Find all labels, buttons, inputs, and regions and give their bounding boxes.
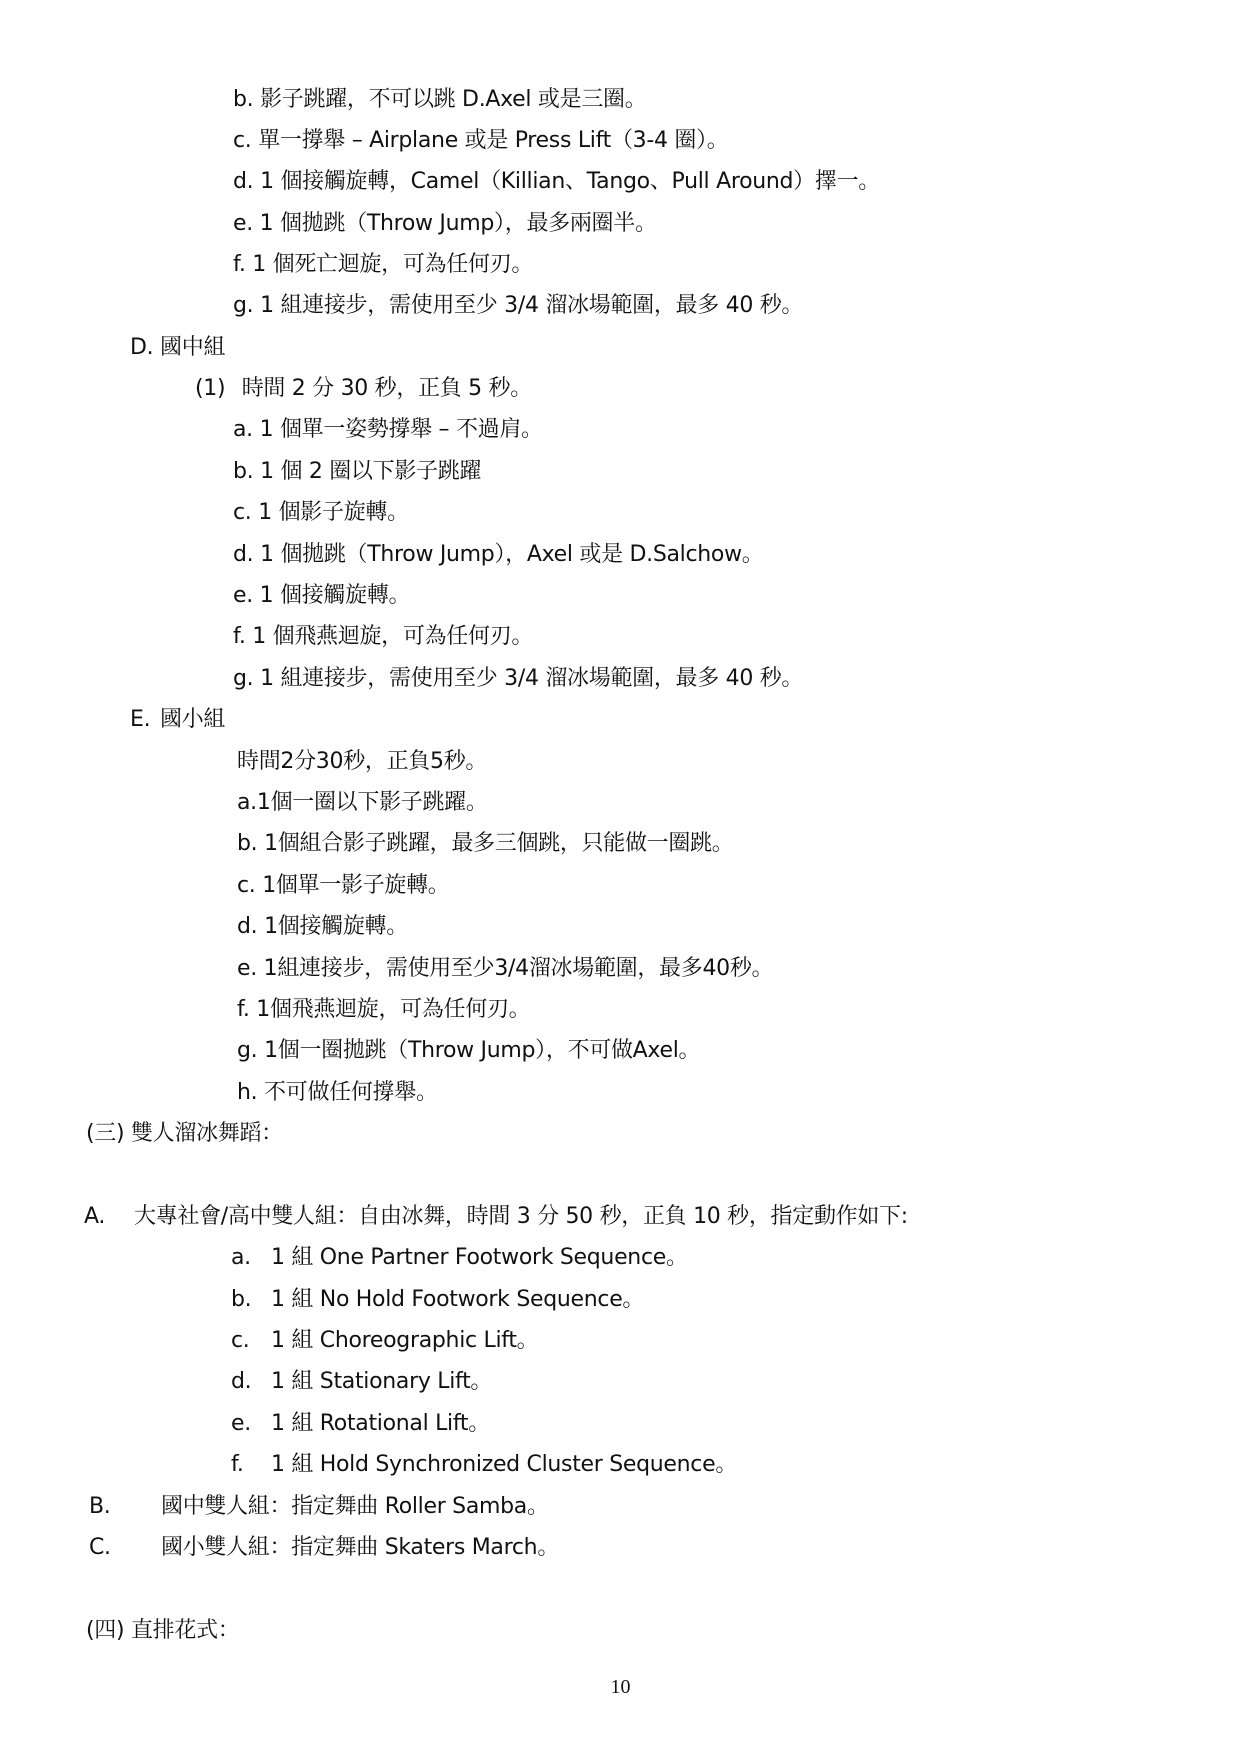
group-item: B.國中雙人組：指定舞曲 Roller Samba。 — [89, 1493, 549, 1521]
item-label: b. — [231, 1286, 271, 1314]
item-label: g. — [233, 665, 253, 693]
item-text: 1個接觸旋轉。 — [264, 914, 408, 939]
item-text: 不可做任何撐舉。 — [264, 1080, 438, 1105]
section-label: E. — [130, 706, 160, 734]
item-label: d. — [233, 541, 253, 569]
list-item: b. 1 個 2 圈以下影子跳躍 — [233, 458, 481, 486]
item-text: 1 個飛燕迴旋，可為任何刃。 — [252, 624, 533, 649]
time-rule: (1) 時間 2 分 30 秒，正負 5 秒。 — [195, 375, 532, 403]
item-text: 1 組 Stationary Lift。 — [271, 1369, 492, 1394]
list-item: a.1 組 One Partner Footwork Sequence。 — [231, 1244, 688, 1272]
group-label: A. — [84, 1203, 134, 1231]
part-title: 雙人溜冰舞蹈： — [131, 1121, 283, 1146]
item-label: a. — [237, 789, 257, 817]
list-item: e. 1組連接步，需使用至少3/4溜冰場範圍，最多40秒。 — [237, 955, 773, 983]
part-title: 直排花式： — [131, 1618, 240, 1643]
item-text: 1個飛燕迴旋，可為任何刃。 — [256, 997, 530, 1022]
list-item: e. 1 個拋跳（Throw Jump），最多兩圈半。 — [233, 210, 657, 238]
list-item: d.1 組 Stationary Lift。 — [231, 1368, 492, 1396]
group-text: 國小雙人組：指定舞曲 Skaters March。 — [161, 1535, 559, 1560]
section-title: 國中組 — [160, 335, 225, 360]
group-label: B. — [89, 1493, 161, 1521]
item-label: c. — [237, 872, 256, 900]
item-text: 1個一圈拋跳（Throw Jump），不可做Axel。 — [264, 1038, 700, 1063]
section-heading: D. 國中組 — [130, 334, 225, 362]
item-text: 單一撐舉 – Airplane 或是 Press Lift（3-4 圈）。 — [258, 128, 728, 153]
list-item: c.1 組 Choreographic Lift。 — [231, 1327, 538, 1355]
section-title: 國小組 — [160, 707, 225, 732]
item-label: e. — [231, 1410, 271, 1438]
item-text: 1 個死亡迴旋，可為任何刃。 — [252, 252, 533, 277]
list-item: h. 不可做任何撐舉。 — [237, 1079, 438, 1107]
part-label: (四) — [86, 1617, 124, 1645]
item-text: 1 個 2 圈以下影子跳躍 — [260, 459, 481, 484]
item-label: f. — [237, 996, 250, 1024]
time-rule: 時間2分30秒，正負5秒。 — [237, 748, 487, 776]
list-item: a.1個一圈以下影子跳躍。 — [237, 789, 488, 817]
group-item: A.大專社會/高中雙人組：自由冰舞，時間 3 分 50 秒，正負 10 秒，指定… — [84, 1203, 908, 1231]
page-number: 10 — [0, 1676, 1241, 1699]
item-text: 1 組 One Partner Footwork Sequence。 — [271, 1245, 688, 1270]
section-heading: E.國小組 — [130, 706, 225, 734]
part-heading: (四) 直排花式： — [86, 1617, 240, 1645]
group-text: 國中雙人組：指定舞曲 Roller Samba。 — [161, 1494, 549, 1519]
item-text: 1 個拋跳（Throw Jump），Axel 或是 D.Salchow。 — [260, 542, 763, 567]
item-text: 1組連接步，需使用至少3/4溜冰場範圍，最多40秒。 — [264, 956, 774, 981]
item-text: 1 組 No Hold Footwork Sequence。 — [271, 1287, 644, 1312]
item-text: 1 組 Rotational Lift。 — [271, 1411, 490, 1436]
item-label: e. — [233, 582, 253, 610]
item-text: 1 個單一姿勢撐舉 – 不過肩。 — [260, 417, 543, 442]
item-text: 時間 2 分 30 秒，正負 5 秒。 — [242, 376, 532, 401]
item-label: f. — [231, 1451, 271, 1479]
list-item: d. 1 個接觸旋轉，Camel（Killian、Tango、Pull Arou… — [233, 168, 880, 196]
item-label: g. — [237, 1037, 257, 1065]
item-text: 1 組 Choreographic Lift。 — [271, 1328, 538, 1353]
item-label: a. — [233, 416, 253, 444]
section-label: D. — [130, 334, 153, 362]
list-item: c. 單一撐舉 – Airplane 或是 Press Lift（3-4 圈）。 — [233, 127, 729, 155]
item-label: d. — [233, 168, 253, 196]
item-label: c. — [231, 1327, 271, 1355]
item-label: c. — [233, 499, 252, 527]
item-label: f. — [233, 251, 246, 279]
list-item: f. 1 個死亡迴旋，可為任何刃。 — [233, 251, 533, 279]
group-text: 大專社會/高中雙人組：自由冰舞，時間 3 分 50 秒，正負 10 秒，指定動作… — [134, 1204, 908, 1229]
group-item: C.國小雙人組：指定舞曲 Skaters March。 — [89, 1534, 559, 1562]
list-item: f. 1個飛燕迴旋，可為任何刃。 — [237, 996, 530, 1024]
list-item: c. 1 個影子旋轉。 — [233, 499, 409, 527]
item-label: d. — [237, 913, 257, 941]
list-item: d. 1 個拋跳（Throw Jump），Axel 或是 D.Salchow。 — [233, 541, 763, 569]
list-item: g. 1 組連接步，需使用至少 3/4 溜冰場範圍，最多 40 秒。 — [233, 292, 803, 320]
item-text: 影子跳躍，不可以跳 D.Axel 或是三圈。 — [260, 87, 646, 112]
item-text: 時間2分30秒，正負5秒。 — [237, 749, 487, 774]
item-label: b. — [237, 830, 257, 858]
item-label: e. — [233, 210, 253, 238]
list-item: d. 1個接觸旋轉。 — [237, 913, 408, 941]
item-label: g. — [233, 292, 253, 320]
item-text: 1 組連接步，需使用至少 3/4 溜冰場範圍，最多 40 秒。 — [260, 293, 803, 318]
list-item: b. 影子跳躍，不可以跳 D.Axel 或是三圈。 — [233, 86, 646, 114]
item-label: h. — [237, 1079, 257, 1107]
item-label: b. — [233, 86, 253, 114]
list-item: c. 1個單一影子旋轉。 — [237, 872, 450, 900]
item-text: 1 個拋跳（Throw Jump），最多兩圈半。 — [260, 211, 657, 236]
item-text: 1 組連接步，需使用至少 3/4 溜冰場範圍，最多 40 秒。 — [260, 666, 803, 691]
item-label: e. — [237, 955, 257, 983]
item-label: a. — [231, 1244, 271, 1272]
list-item: g. 1 組連接步，需使用至少 3/4 溜冰場範圍，最多 40 秒。 — [233, 665, 803, 693]
part-heading: (三) 雙人溜冰舞蹈： — [86, 1120, 283, 1148]
item-label: (1) — [195, 375, 235, 403]
list-item: b.1 組 No Hold Footwork Sequence。 — [231, 1286, 644, 1314]
item-text: 1 個接觸旋轉。 — [260, 583, 411, 608]
list-item: e. 1 個接觸旋轉。 — [233, 582, 410, 610]
list-item: f. 1 個飛燕迴旋，可為任何刃。 — [233, 623, 533, 651]
item-text: 1個一圈以下影子跳躍。 — [257, 790, 488, 815]
list-item: b. 1個組合影子跳躍，最多三個跳，只能做一圈跳。 — [237, 830, 733, 858]
item-text: 1 個影子旋轉。 — [258, 500, 409, 525]
list-item: e.1 組 Rotational Lift。 — [231, 1410, 490, 1438]
item-label: d. — [231, 1368, 271, 1396]
list-item: g. 1個一圈拋跳（Throw Jump），不可做Axel。 — [237, 1037, 700, 1065]
item-text: 1 組 Hold Synchronized Cluster Sequence。 — [271, 1452, 737, 1477]
group-label: C. — [89, 1534, 161, 1562]
item-label: b. — [233, 458, 253, 486]
item-label: c. — [233, 127, 252, 155]
part-label: (三) — [86, 1120, 124, 1148]
list-item: a. 1 個單一姿勢撐舉 – 不過肩。 — [233, 416, 543, 444]
list-item: f.1 組 Hold Synchronized Cluster Sequence… — [231, 1451, 737, 1479]
item-text: 1個組合影子跳躍，最多三個跳，只能做一圈跳。 — [264, 831, 733, 856]
item-text: 1個單一影子旋轉。 — [262, 873, 449, 898]
item-text: 1 個接觸旋轉，Camel（Killian、Tango、Pull Around）… — [260, 169, 880, 194]
item-label: f. — [233, 623, 246, 651]
